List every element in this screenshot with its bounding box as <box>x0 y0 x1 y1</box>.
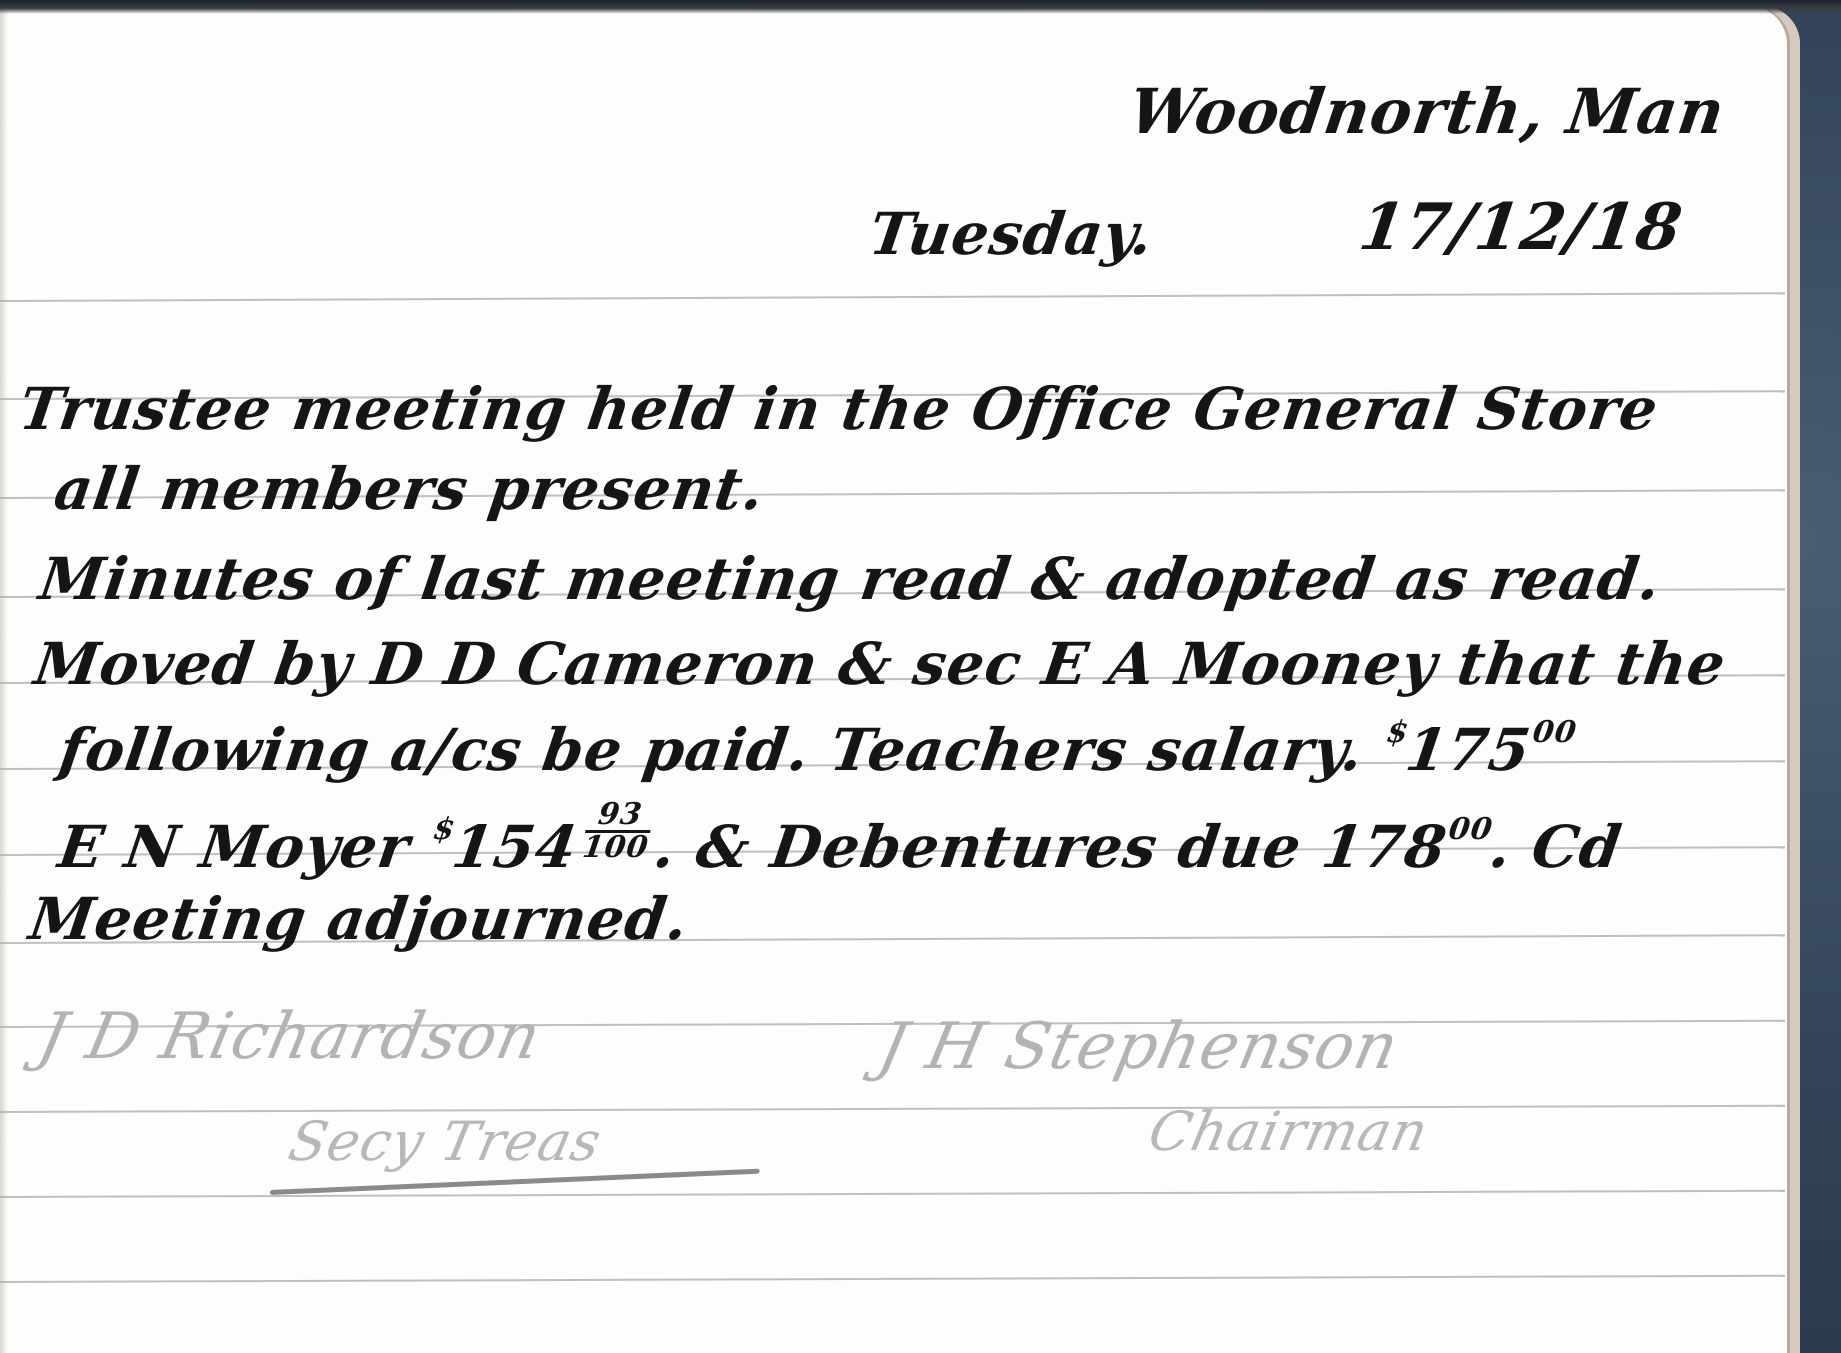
minutes-line-5: following a/cs be paid. Teachers salary.… <box>55 715 1579 784</box>
fraction-denominator: 100 <box>581 833 651 863</box>
minutes-line-6: E N Moyer $15493100. & Debentures due 17… <box>54 800 1628 881</box>
ruled-line <box>0 1275 1785 1283</box>
payee-amount: 154 <box>448 813 582 881</box>
minutes-line-4: Moved by D D Cameron & sec E A Mooney th… <box>30 630 1730 698</box>
debentures-amount: 178 <box>1318 813 1452 881</box>
teachers-salary-cents: 00 <box>1530 715 1579 750</box>
teachers-salary-amount: 175 <box>1402 716 1536 784</box>
accounts-text: following a/cs be paid. Teachers salary. <box>55 716 1368 784</box>
signature-secretary-title: Secy Treas <box>283 1110 607 1173</box>
signature-chairman: J H Stephenson <box>872 1010 1405 1084</box>
header-day: Tuesday. <box>865 200 1157 268</box>
payee-name: E N Moyer <box>54 813 414 881</box>
ruled-line <box>0 1190 1785 1198</box>
debentures-text: . & Debentures due <box>650 813 1306 881</box>
signature-chairman-title: Chairman <box>1143 1100 1434 1163</box>
debentures-cents: 00 <box>1446 812 1495 847</box>
page-top-shadow <box>0 0 1841 14</box>
minutes-line-7: Meeting adjourned. <box>25 885 693 953</box>
minutes-line-3: Minutes of last meeting read & adopted a… <box>35 545 1665 613</box>
minutes-line-1: Trustee meeting held in the Office Gener… <box>15 375 1662 443</box>
minutes-line-2: all members present. <box>50 455 769 523</box>
header-date: 17/12/18 <box>1355 190 1687 265</box>
header-place: Woodnorth, Man <box>1125 75 1730 148</box>
line-tail: . Cd <box>1485 813 1626 881</box>
fraction-numerator: 93 <box>585 800 655 833</box>
ruled-line <box>0 1105 1785 1113</box>
cents-fraction: 93100 <box>581 800 655 863</box>
photo-scene: Woodnorth, Man Tuesday. 17/12/18 Trustee… <box>0 0 1841 1353</box>
signature-secretary: J D Richardson <box>32 1000 547 1074</box>
ruled-line <box>0 292 1785 302</box>
